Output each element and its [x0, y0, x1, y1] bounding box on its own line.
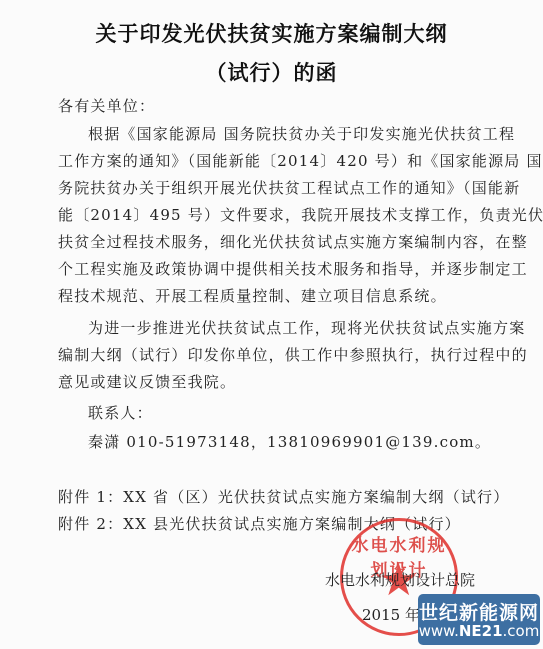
document-title-line2: （试行）的函 [0, 57, 543, 87]
signature-org: 水电水利规划设计总院 [325, 569, 475, 590]
contact-detail: 秦潇 010-51973148，13810969901@139.com。 [88, 431, 491, 452]
body-line: 务院扶贫办关于组织开展光伏扶贫工程试点工作的通知》（国能新 [58, 177, 520, 198]
document-title-line1: 关于印发光伏扶贫实施方案编制大纲 [0, 18, 543, 48]
salutation: 各有关单位： [58, 95, 155, 116]
body-line: 意见或建议反馈至我院。 [58, 371, 236, 392]
body-line: 根据《国家能源局 国务院扶贫办关于印发实施光伏扶贫工程 [88, 123, 515, 144]
body-line: 程技术规范、开展工程质量控制、建立项目信息系统。 [58, 285, 447, 306]
contact-label: 联系人： [88, 402, 153, 423]
attachment-1: 附件 1：XX 省（区）光伏扶贫试点实施方案编制大纲（试行） [58, 486, 509, 507]
body-line: 编制大纲（试行）印发你单位，供工作中参照执行，执行过程中的 [58, 344, 528, 365]
body-line: 能〔2014〕495 号）文件要求，我院开展技术支撑工作，负责光伏 [58, 204, 543, 225]
body-line: 个工程实施及政策协调中提供相关技术服务和指导，并逐步制定工 [58, 258, 528, 279]
watermark-url: www.NE21.com [418, 622, 540, 640]
body-line: 为进一步推进光伏扶贫试点工作，现将光伏扶贫试点实施方案 [88, 317, 525, 338]
body-line: 工作方案的通知》（国能新能〔2014〕420 号）和《国家能源局 国 [58, 150, 543, 171]
watermark-name: 世纪新能源网 [418, 598, 540, 625]
watermark-logo: 世纪新能源网 www.NE21.com [418, 594, 540, 645]
body-line: 扶贫全过程技术服务，细化光伏扶贫试点实施方案编制内容，在整 [58, 231, 528, 252]
